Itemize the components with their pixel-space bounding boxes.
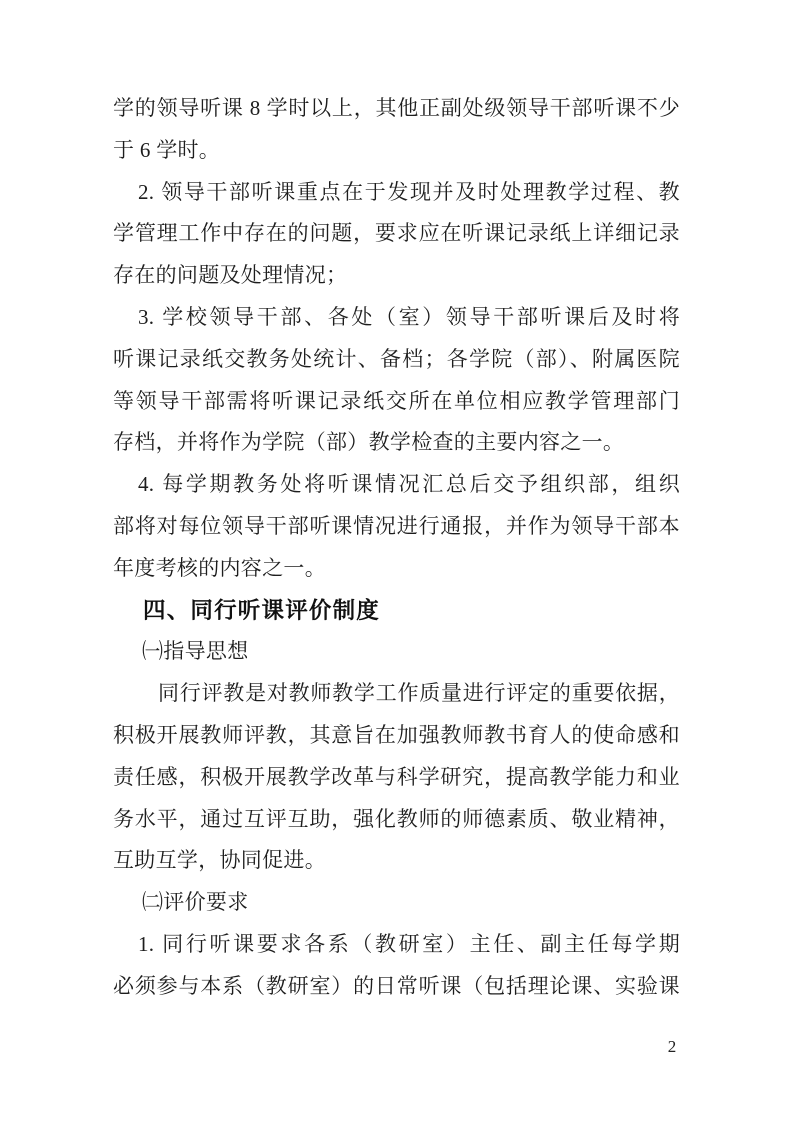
- text-line: 4. 每学期教务处将听课情况汇总后交予组织部，组织: [113, 464, 680, 506]
- text-line: 务水平，通过互评互助，强化教师的师德素质、敬业精神，: [113, 799, 680, 841]
- text-line: 责任感，积极开展教学改革与科学研究，提高教学能力和业: [113, 757, 680, 799]
- text-line: 必须参与本系（教研室）的日常听课（包括理论课、实验课: [113, 966, 680, 1008]
- text-line: 3. 学校领导干部、各处（室）领导干部听课后及时将: [113, 297, 680, 339]
- text-line: 同行评教是对教师教学工作质量进行评定的重要依据，: [113, 673, 680, 715]
- text-line: 等领导干部需将听课记录纸交所在单位相应教学管理部门: [113, 381, 680, 423]
- text-line: 听课记录纸交教务处统计、备档；各学院（部）、附属医院: [113, 339, 680, 381]
- text-line: 存档，并将作为学院（部）教学检查的主要内容之一。: [113, 422, 680, 464]
- text-line: 积极开展教师评教，其意旨在加强教师教书育人的使命感和: [113, 715, 680, 757]
- text-line: 1. 同行听课要求各系（教研室）主任、副主任每学期: [113, 924, 680, 966]
- page-number: 2: [658, 1035, 686, 1059]
- text-line: ㈠指导思想: [113, 631, 680, 673]
- section-heading: 四、同行听课评价制度: [113, 590, 680, 632]
- text-line: 于 6 学时。: [113, 130, 680, 172]
- text-line: 年度考核的内容之一。: [113, 548, 680, 590]
- text-line: 学的领导听课 8 学时以上，其他正副处级领导干部听课不少: [113, 88, 680, 130]
- document-page: 学的领导听课 8 学时以上，其他正副处级领导干部听课不少于 6 学时。2. 领导…: [0, 0, 793, 1122]
- text-line: 互助互学，协同促进。: [113, 840, 680, 882]
- text-line: 2. 领导干部听课重点在于发现并及时处理教学过程、教: [113, 172, 680, 214]
- text-line: 学管理工作中存在的问题，要求应在听课记录纸上详细记录: [113, 213, 680, 255]
- text-line: ㈡评价要求: [113, 882, 680, 924]
- document-body: 学的领导听课 8 学时以上，其他正副处级领导干部听课不少于 6 学时。2. 领导…: [113, 88, 680, 1008]
- text-line: 存在的问题及处理情况；: [113, 255, 680, 297]
- text-line: 部将对每位领导干部听课情况进行通报，并作为领导干部本: [113, 506, 680, 548]
